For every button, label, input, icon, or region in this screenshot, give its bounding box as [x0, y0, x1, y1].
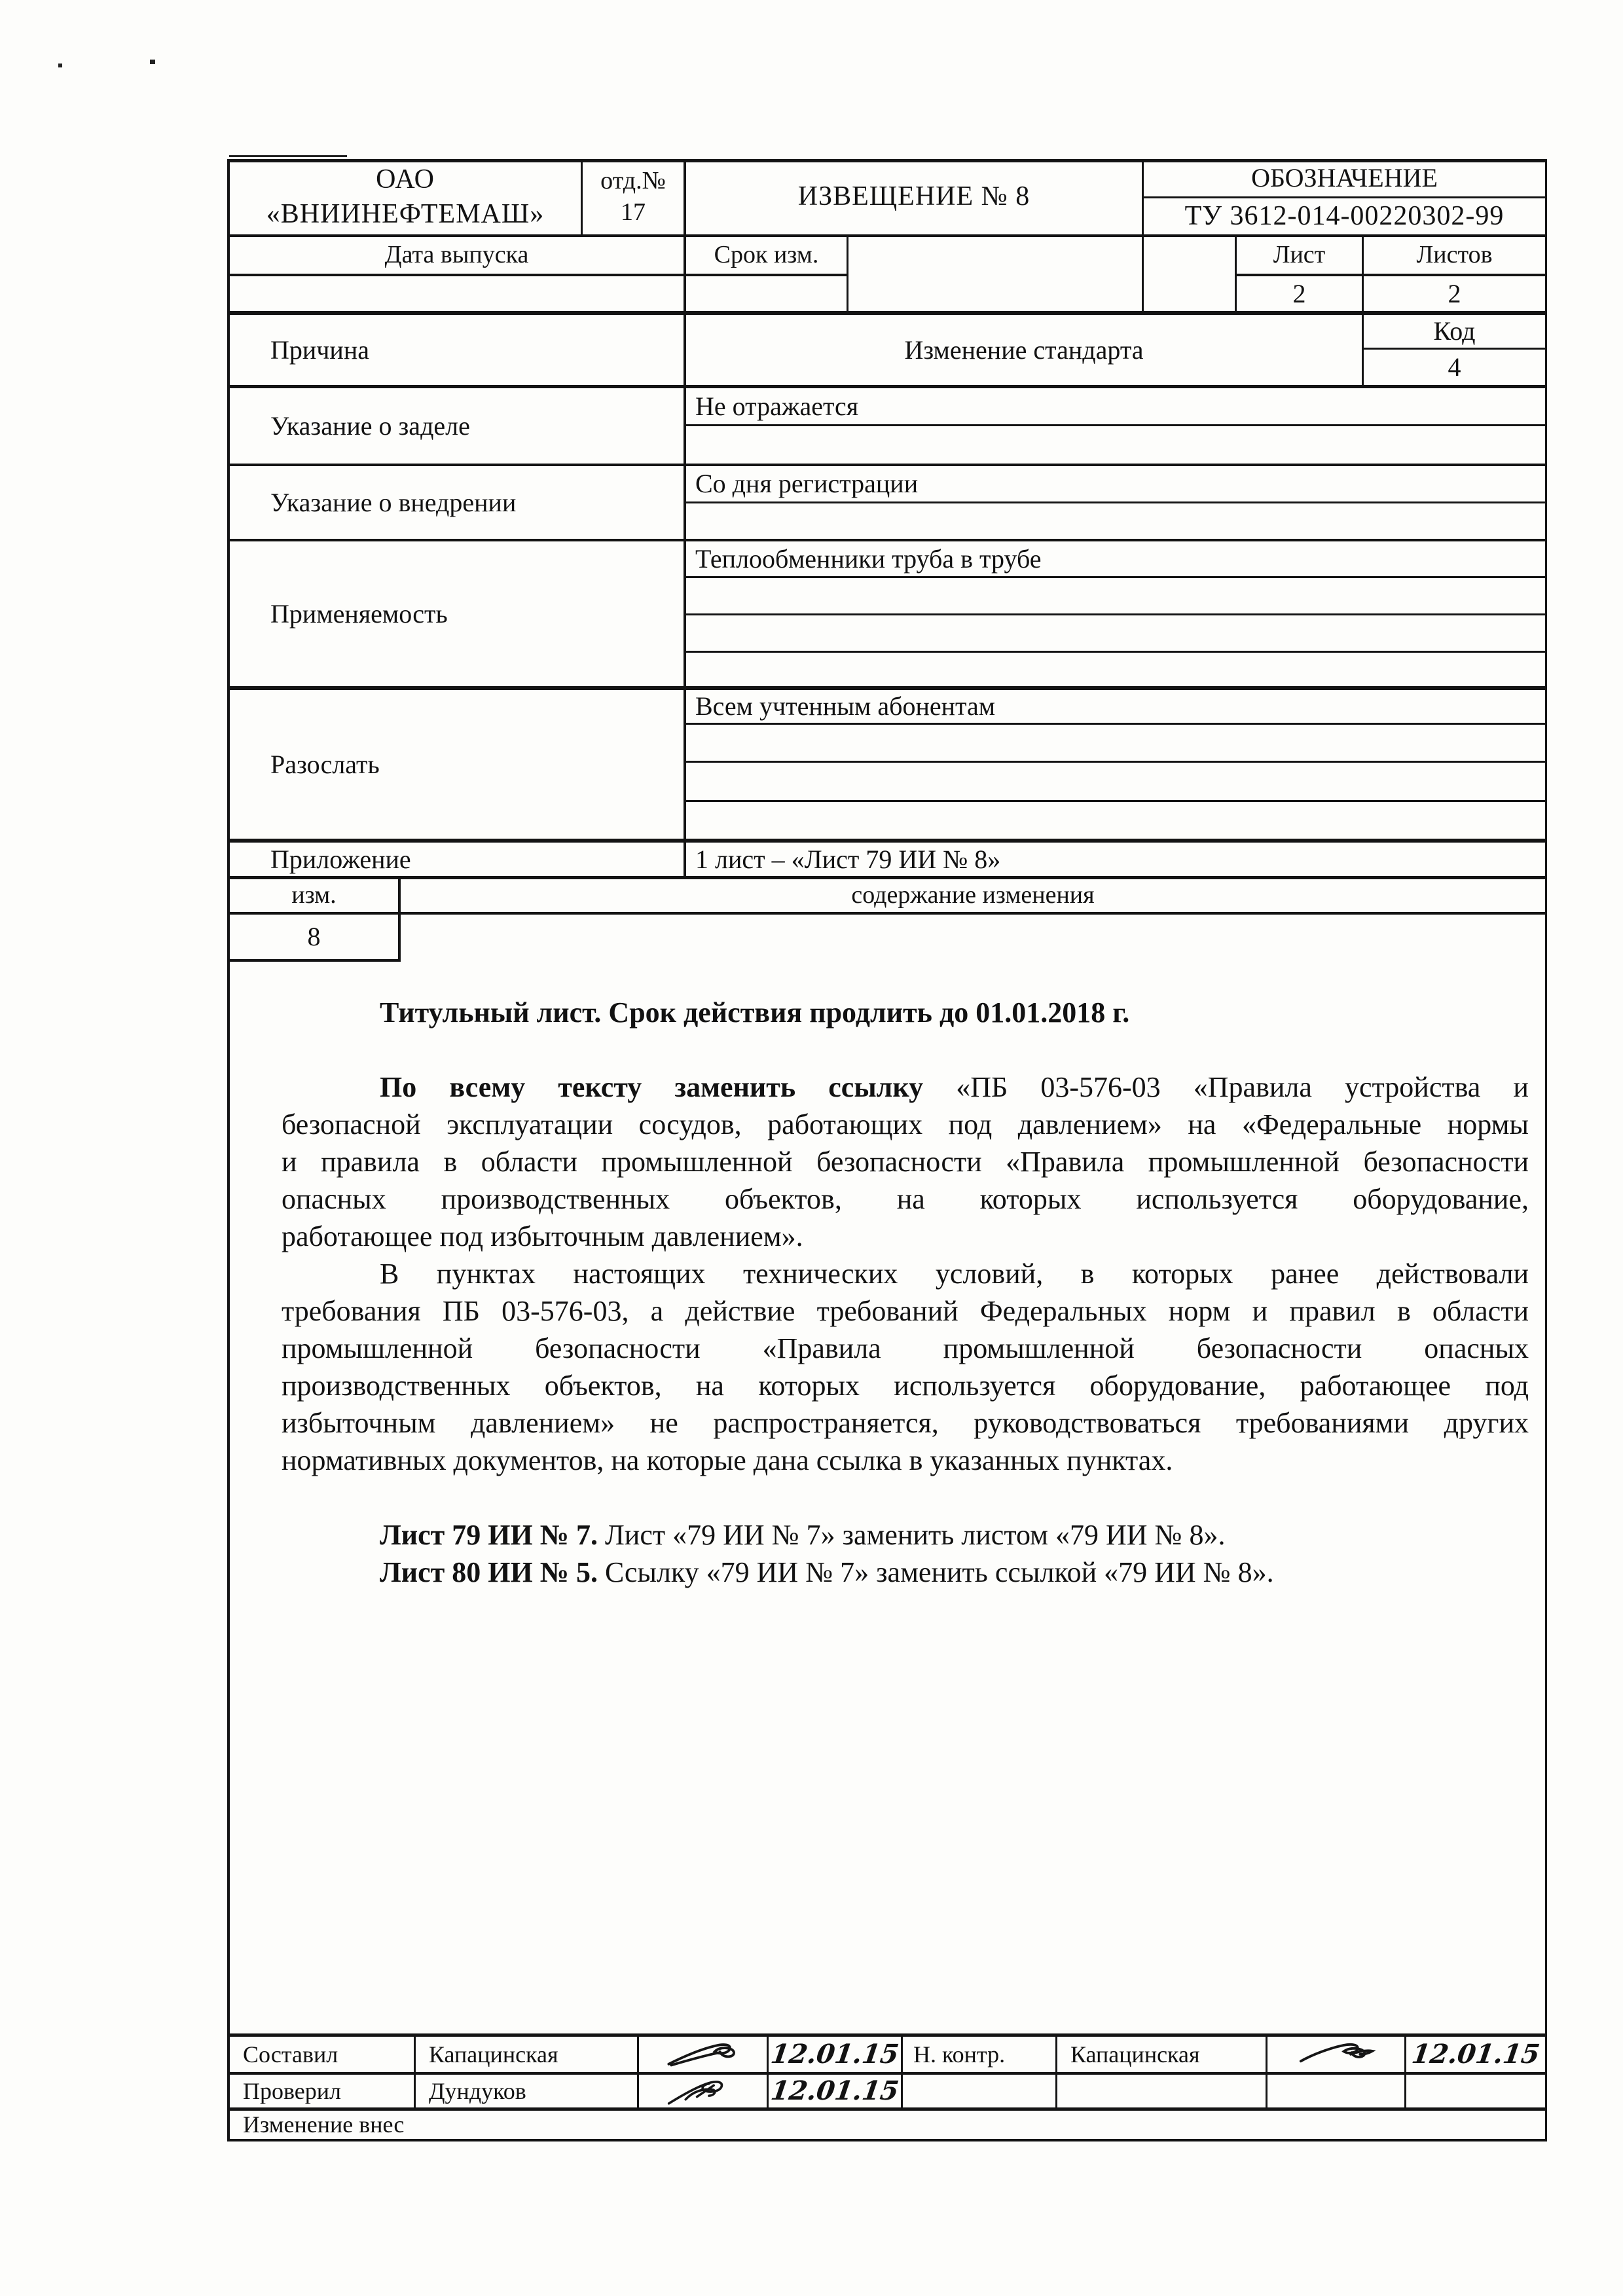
- company-name-line1: ОАО: [376, 162, 435, 197]
- sheet-label: Лист: [1237, 237, 1362, 274]
- implementation-value: Со дня регистрации: [686, 466, 1545, 501]
- table-border: [227, 274, 847, 276]
- distribute-value: Всем учтенным абонентам: [686, 690, 1545, 723]
- paragraph1-line: и правила в области промышленной безопас…: [282, 1143, 1529, 1180]
- change-content-text: Титульный лист. Срок действия продлить д…: [282, 994, 1529, 1591]
- checked-signature: [639, 2075, 767, 2107]
- reason-value: Изменение стандарта: [686, 315, 1362, 385]
- paragraph1-line: безопасной эксплуатации сосудов, работаю…: [282, 1106, 1529, 1143]
- composed-label: Составил: [230, 2037, 414, 2072]
- attachment-label: Приложение: [230, 843, 684, 876]
- scan-speck: [58, 64, 62, 67]
- sheet80-line: Лист 80 ИИ № 5. Ссылку «79 ИИ № 7» замен…: [282, 1554, 1529, 1591]
- norm-control-date: 12.01.15: [1404, 2037, 1548, 2072]
- ruled-line: [685, 424, 1546, 426]
- attachment-value: 1 лист – «Лист 79 ИИ № 8»: [686, 843, 1545, 876]
- composed-name: Капацинская: [416, 2037, 637, 2072]
- ruled-line: [685, 761, 1546, 763]
- code-label: Код: [1364, 315, 1545, 348]
- paragraph2-line: В пунктах настоящих технических условий,…: [282, 1255, 1529, 1292]
- backlog-value: Не отражается: [686, 388, 1545, 424]
- ruled-line: [685, 723, 1546, 725]
- spacer: [282, 1479, 1529, 1516]
- ruled-line: [685, 613, 1546, 615]
- paragraph2-line: требования ПБ 03-576-03, а действие треб…: [282, 1292, 1529, 1330]
- distribute-label: Разослать: [230, 690, 684, 839]
- notice-title: ИЗВЕЩЕНИЕ № 8: [686, 159, 1142, 234]
- code-value: 4: [1364, 350, 1545, 385]
- table-border: [227, 959, 401, 962]
- sheet79-bold-head: Лист 79 ИИ № 7.: [380, 1519, 598, 1551]
- department-number: 17: [621, 197, 646, 228]
- scan-speck: [150, 60, 155, 64]
- composed-date: 12.01.15: [766, 2037, 903, 2072]
- paragraph2-line: производственных объектов, на которых ис…: [282, 1367, 1529, 1404]
- table-border: [227, 2139, 1546, 2141]
- content-column-label: содержание изменения: [401, 879, 1545, 912]
- paragraph2-line: нормативных документов, на которые дана …: [282, 1442, 1529, 1479]
- checked-date: 12.01.15: [766, 2075, 903, 2107]
- norm-control-signature: [1267, 2037, 1404, 2072]
- norm-control-label: Н. контр.: [903, 2037, 1055, 2072]
- paragraph1-line: По всему тексту заменить ссылку «ПБ 03-5…: [282, 1068, 1529, 1106]
- sheets-label: Листов: [1364, 237, 1545, 274]
- sheet-value: 2: [1237, 276, 1362, 311]
- sheet79-line: Лист 79 ИИ № 7. Лист «79 ИИ № 7» заменит…: [282, 1516, 1529, 1554]
- table-border: [227, 912, 1546, 915]
- paragraph1-line: опасных производственных объектов, на ко…: [282, 1180, 1529, 1218]
- ruled-line: [685, 800, 1546, 802]
- applicability-label: Применяемость: [230, 541, 684, 686]
- paragraph1-bold-head: По всему тексту заменить ссылку: [380, 1071, 923, 1103]
- checked-name: Дундуков: [416, 2075, 637, 2107]
- applicability-value: Теплообменники труба в трубе: [686, 541, 1545, 576]
- change-title-line: Титульный лист. Срок действия продлить д…: [282, 994, 1529, 1031]
- scanned-notice-document: ОАО «ВНИИНЕФТЕМАШ» отд.№ 17 ИЗВЕЩЕНИЕ № …: [0, 0, 1623, 2296]
- sheet79-rest: Лист «79 ИИ № 7» заменить листом «79 ИИ …: [598, 1519, 1226, 1551]
- sheets-value: 2: [1364, 276, 1545, 311]
- table-border: [847, 234, 848, 314]
- department-cell: отд.№ 17: [583, 159, 684, 234]
- revision-number: 8: [230, 915, 398, 959]
- ruled-line: [685, 501, 1546, 503]
- company-name-line2: «ВНИИНЕФТЕМАШ»: [266, 197, 544, 232]
- backlog-label: Указание о заделе: [230, 388, 684, 464]
- paragraph1-line1-rest: «ПБ 03-576-03 «Правила устройства и: [923, 1071, 1529, 1103]
- norm-control-name: Капацинская: [1057, 2037, 1266, 2072]
- sheet80-bold-head: Лист 80 ИИ № 5.: [380, 1556, 598, 1588]
- sheet80-rest: Ссылку «79 ИИ № 7» заменить ссылкой «79 …: [598, 1556, 1274, 1588]
- paragraph2-line: промышленной безопасности «Правила промы…: [282, 1330, 1529, 1367]
- company-name: ОАО «ВНИИНЕФТЕМАШ»: [230, 159, 581, 234]
- composed-signature: [639, 2037, 767, 2072]
- ruled-line: [685, 651, 1546, 653]
- paragraph2-line: избыточным давлением» не распространяетс…: [282, 1404, 1529, 1442]
- term-label: Срок изм.: [686, 237, 847, 274]
- reason-label: Причина: [230, 315, 684, 385]
- scan-speck: [229, 155, 347, 157]
- issue-date-label: Дата выпуска: [230, 237, 684, 274]
- change-entered-label: Изменение внес: [230, 2111, 1545, 2139]
- department-label: отд.№: [600, 166, 666, 197]
- implementation-label: Указание о внедрении: [230, 466, 684, 539]
- checked-label: Проверил: [230, 2075, 414, 2107]
- spacer: [282, 1031, 1529, 1068]
- revision-column-label: изм.: [230, 879, 398, 912]
- page-frame-right: [1545, 159, 1547, 2141]
- ruled-line: [685, 576, 1546, 578]
- designation-label: ОБОЗНАЧЕНИЕ: [1144, 159, 1545, 196]
- paragraph1-line: работающее под избыточным давлением».: [282, 1218, 1529, 1255]
- designation-value: ТУ 3612-014-00220302-99: [1144, 198, 1545, 234]
